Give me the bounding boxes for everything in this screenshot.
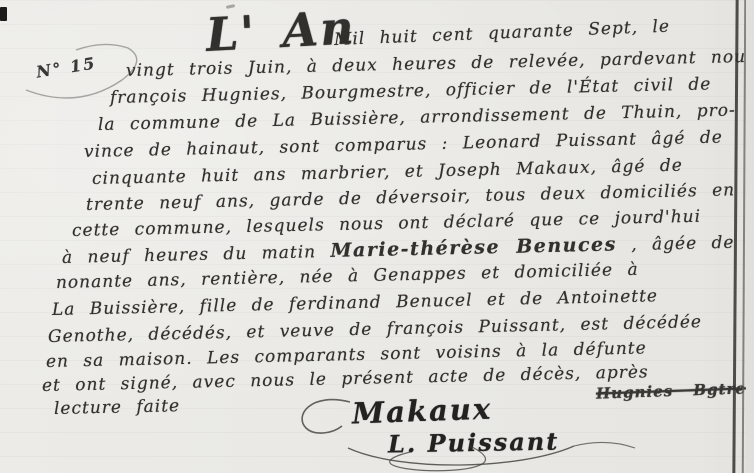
signature-paraph <box>292 396 354 440</box>
act-line: lecture faite <box>54 396 181 419</box>
act-line-text: , âgée de <box>617 233 735 256</box>
margin-act-number: N° 15 <box>35 53 98 81</box>
signature-puissant: L. Puissant <box>388 427 560 459</box>
act-line-text: à neuf heures du matin <box>62 242 331 268</box>
signature-bourgmestre-struck: Hugnies Bgtre <box>596 379 746 402</box>
deceased-name: Marie-thérèse Benuces <box>330 233 617 261</box>
page-edge-strip <box>746 0 754 473</box>
scan-artifact <box>0 7 7 21</box>
signature-makaux: Makaux <box>351 392 492 431</box>
scanned-death-record: N° 15 L' An Mil huit cent quarante Sept,… <box>0 0 754 473</box>
act-line: Mil huit cent quarante Sept, le <box>334 17 671 50</box>
page-binding-edge <box>732 0 738 473</box>
